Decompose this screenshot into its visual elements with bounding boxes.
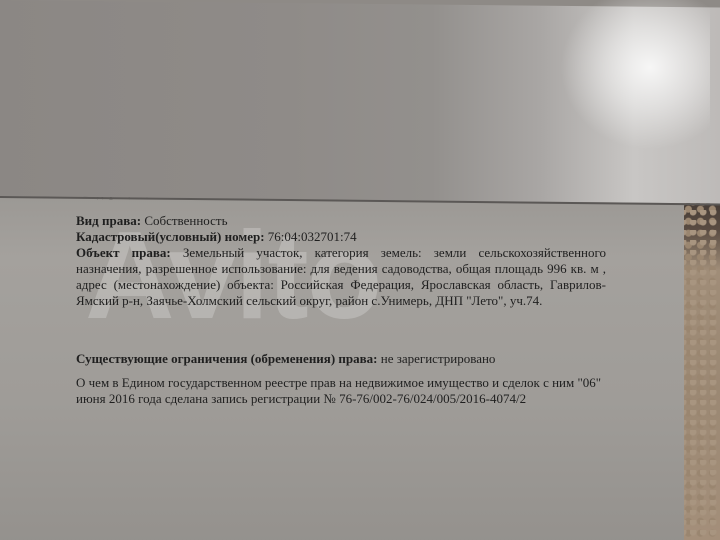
restrictions-row: Существующие ограничения (обременения) п… [76,351,606,367]
light-glare [560,0,710,150]
document-content: Вид права: Собственность Кадастровый(усл… [76,213,606,407]
restrictions-label: Существующие ограничения (обременения) п… [76,351,377,366]
right-type-value: Собственность [144,213,227,228]
cadastral-row: Кадастровый(условный) номер: 76:04:03270… [76,229,606,245]
right-type-label: Вид права: [76,213,141,228]
registry-text: О чем в Едином государственном реестре п… [76,375,606,407]
object-row: Объект права: Земельный участок, категор… [76,245,606,309]
cadastral-value: 76:04:032701:74 [268,229,357,244]
restrictions-value: не зарегистрировано [381,351,496,366]
right-type-row: Вид права: Собственность [76,213,606,229]
object-label: Объект права: [76,245,171,260]
carpet-background [680,190,720,540]
cadastral-label: Кадастровый(условный) номер: [76,229,265,244]
